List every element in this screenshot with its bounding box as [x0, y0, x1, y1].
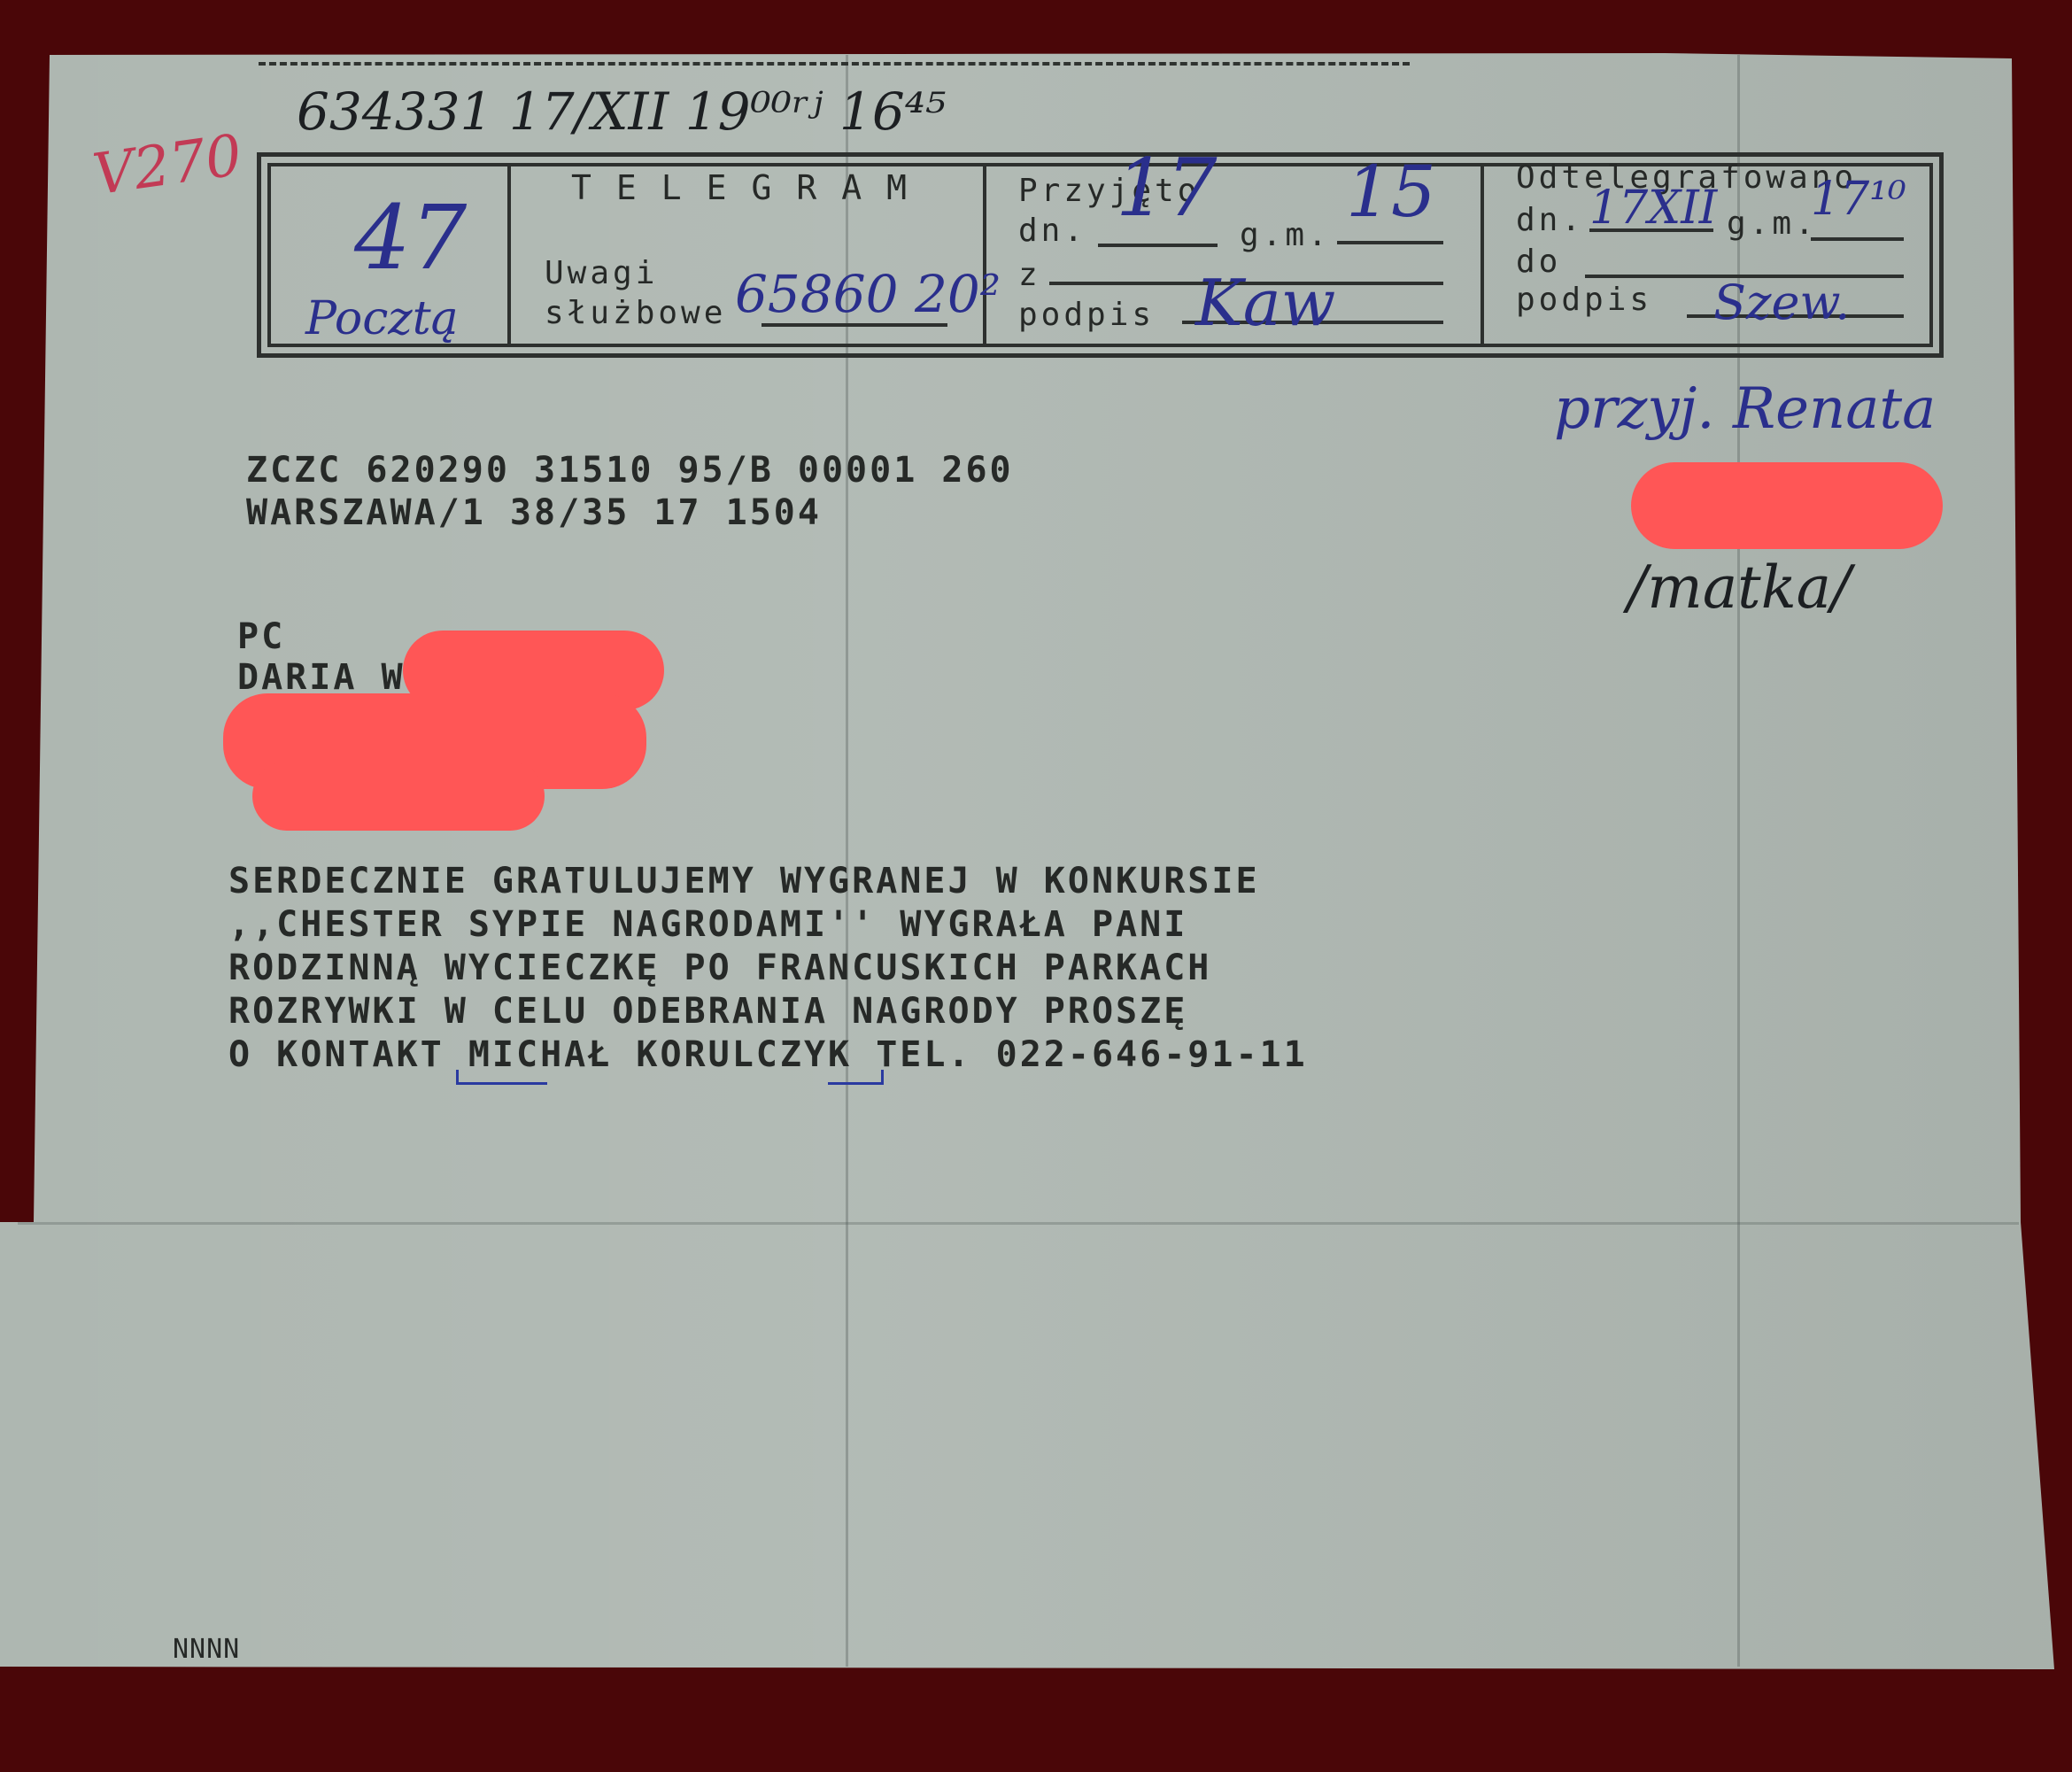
- transmitted-to-label: do: [1516, 244, 1561, 280]
- received-day-label: dn.: [1018, 213, 1086, 249]
- telegram-header-line: ZCZC 620290 31510 95/B 00001 260: [246, 450, 1014, 491]
- service-notes-label: Uwagi: [545, 255, 658, 291]
- received-hour-label: g.m.: [1240, 217, 1331, 253]
- received-signature-value: Kaw: [1195, 266, 1335, 340]
- recipient-name: DARIA W: [237, 657, 406, 698]
- message-line: O KONTAKT MICHAŁ KORULCZYK TEL. 022-646-…: [228, 1034, 1308, 1075]
- message-line: SERDECZNIE GRATULUJEMY WYGRANEJ W KONKUR…: [228, 861, 1260, 901]
- transmitted-hour-value: 17¹⁰: [1811, 173, 1906, 226]
- service-notes-label-2: służbowe: [545, 295, 726, 331]
- received-by-note: przyj. Renata: [1554, 376, 1936, 442]
- received-day-line: [1098, 244, 1218, 247]
- transmitted-hour-line: [1811, 237, 1904, 241]
- redaction-recipient-address-2: [252, 762, 545, 831]
- recipient-line-1: PC: [237, 616, 285, 657]
- column-divider: [1481, 163, 1484, 347]
- end-marker: NNNN: [173, 1634, 240, 1665]
- received-from-label: z: [1018, 257, 1041, 293]
- transmitted-day-value: 17XII: [1589, 182, 1717, 235]
- top-dashed-rule: [259, 62, 1410, 66]
- received-day-value: 17: [1116, 142, 1218, 235]
- message-line: RODZINNĄ WYCIECZKĘ PO FRANCUSKICH PARKAC…: [228, 948, 1211, 988]
- service-notes-value: 65860 20²: [735, 264, 1001, 324]
- transmitted-signature-value: Szew.: [1713, 275, 1850, 330]
- relation-note: /matka/: [1627, 553, 1851, 622]
- column-divider: [507, 163, 511, 347]
- underline-mark-right: [828, 1070, 884, 1085]
- message-line: ROZRYWKI W CELU ODEBRANIA NAGRODY PROSZĘ: [228, 991, 1187, 1032]
- words-note: Pocztą: [305, 292, 459, 345]
- transmitted-hour-label: g.m.: [1727, 205, 1818, 242]
- words-count: 47: [354, 186, 467, 290]
- message-line: ,,CHESTER SYPIE NAGRODAMI'' WYGRAŁA PANI: [228, 904, 1187, 945]
- transmitted-day-label: dn.: [1516, 202, 1584, 238]
- form-title: TELEGRAM: [571, 168, 932, 207]
- transmitted-signature-label: podpis: [1516, 282, 1652, 318]
- fold-line-horizontal: [18, 1222, 2019, 1225]
- handwritten-top-line: 634331 17/XII 19⁰⁰ʳʲ 16⁴⁵: [297, 81, 946, 142]
- received-hour-value: 15: [1346, 151, 1436, 233]
- telegram-origin-line: WARSZAWA/1 38/35 17 1504: [246, 492, 822, 533]
- received-signature-label: podpis: [1018, 297, 1155, 333]
- redaction-right: [1631, 462, 1943, 549]
- underline-mark-left: [456, 1070, 547, 1085]
- received-hour-line: [1337, 241, 1443, 244]
